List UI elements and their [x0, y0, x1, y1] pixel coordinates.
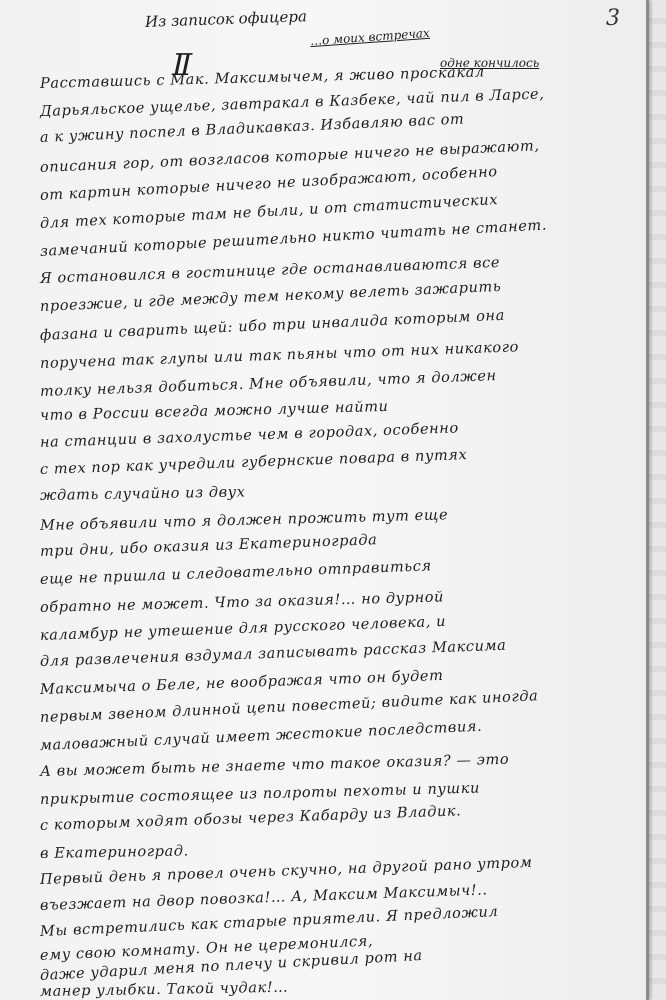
manuscript-line: для развлечения вздумал записывать расск…: [40, 638, 507, 670]
manuscript-line: Максимыча о Беле, не воображая что он бу…: [40, 668, 444, 698]
manuscript-line: фазана и сварить щей: ибо три инвалида к…: [40, 308, 506, 344]
manuscript-line: Расставшись с Мак. Максимычем, я живо пр…: [40, 64, 485, 92]
manuscript-subheading: …о моих встречах: [310, 26, 430, 48]
page-number: 3: [606, 6, 620, 31]
manuscript-line: манер улыбки. Такой чудак!…: [40, 980, 289, 1000]
manuscript-line: маловажный случай имеет жестокие последс…: [40, 719, 483, 754]
manuscript-line: что в России всегда можно лучше найти: [40, 399, 389, 424]
manuscript-line: поручена так глупы или так пьяны что от …: [40, 339, 520, 372]
manuscript-line: каламбур не утешение для русского челове…: [40, 614, 447, 644]
manuscript-line: Дарьяльское ущелье, завтракал в Казбеке,…: [40, 86, 545, 120]
manuscript-line: Мне объявили что я должен прожить тут ещ…: [40, 507, 449, 534]
manuscript-line: на станции в захолустье чем в городах, о…: [40, 420, 459, 451]
manuscript-line: в Екатериноград.: [40, 843, 189, 862]
manuscript-line: прикрытие состоящее из полроты пехоты и …: [40, 780, 480, 808]
manuscript-line: А вы может быть не знаете что такое оказ…: [40, 752, 510, 780]
manuscript-line: ждать случайно из двух: [40, 484, 246, 504]
manuscript-line: с которым ходят обозы через Кабарду из В…: [40, 803, 462, 834]
manuscript-line: еще не пришла и следовательно отправитьс…: [40, 558, 432, 588]
manuscript-sheet: 3 Из записок офицера …о моих встречах од…: [0, 0, 649, 1000]
manuscript-line: с тех пор как учредили губернские повара…: [40, 447, 468, 478]
manuscript-line: три дни, ибо оказия из Екатеринограда: [40, 532, 378, 560]
manuscript-line: обратно не может. Что за оказия!… но дур…: [40, 589, 444, 616]
manuscript-line: толку нельзя добиться. Мне объявили, что…: [40, 368, 497, 400]
manuscript-heading: Из записок офицера: [145, 7, 307, 31]
